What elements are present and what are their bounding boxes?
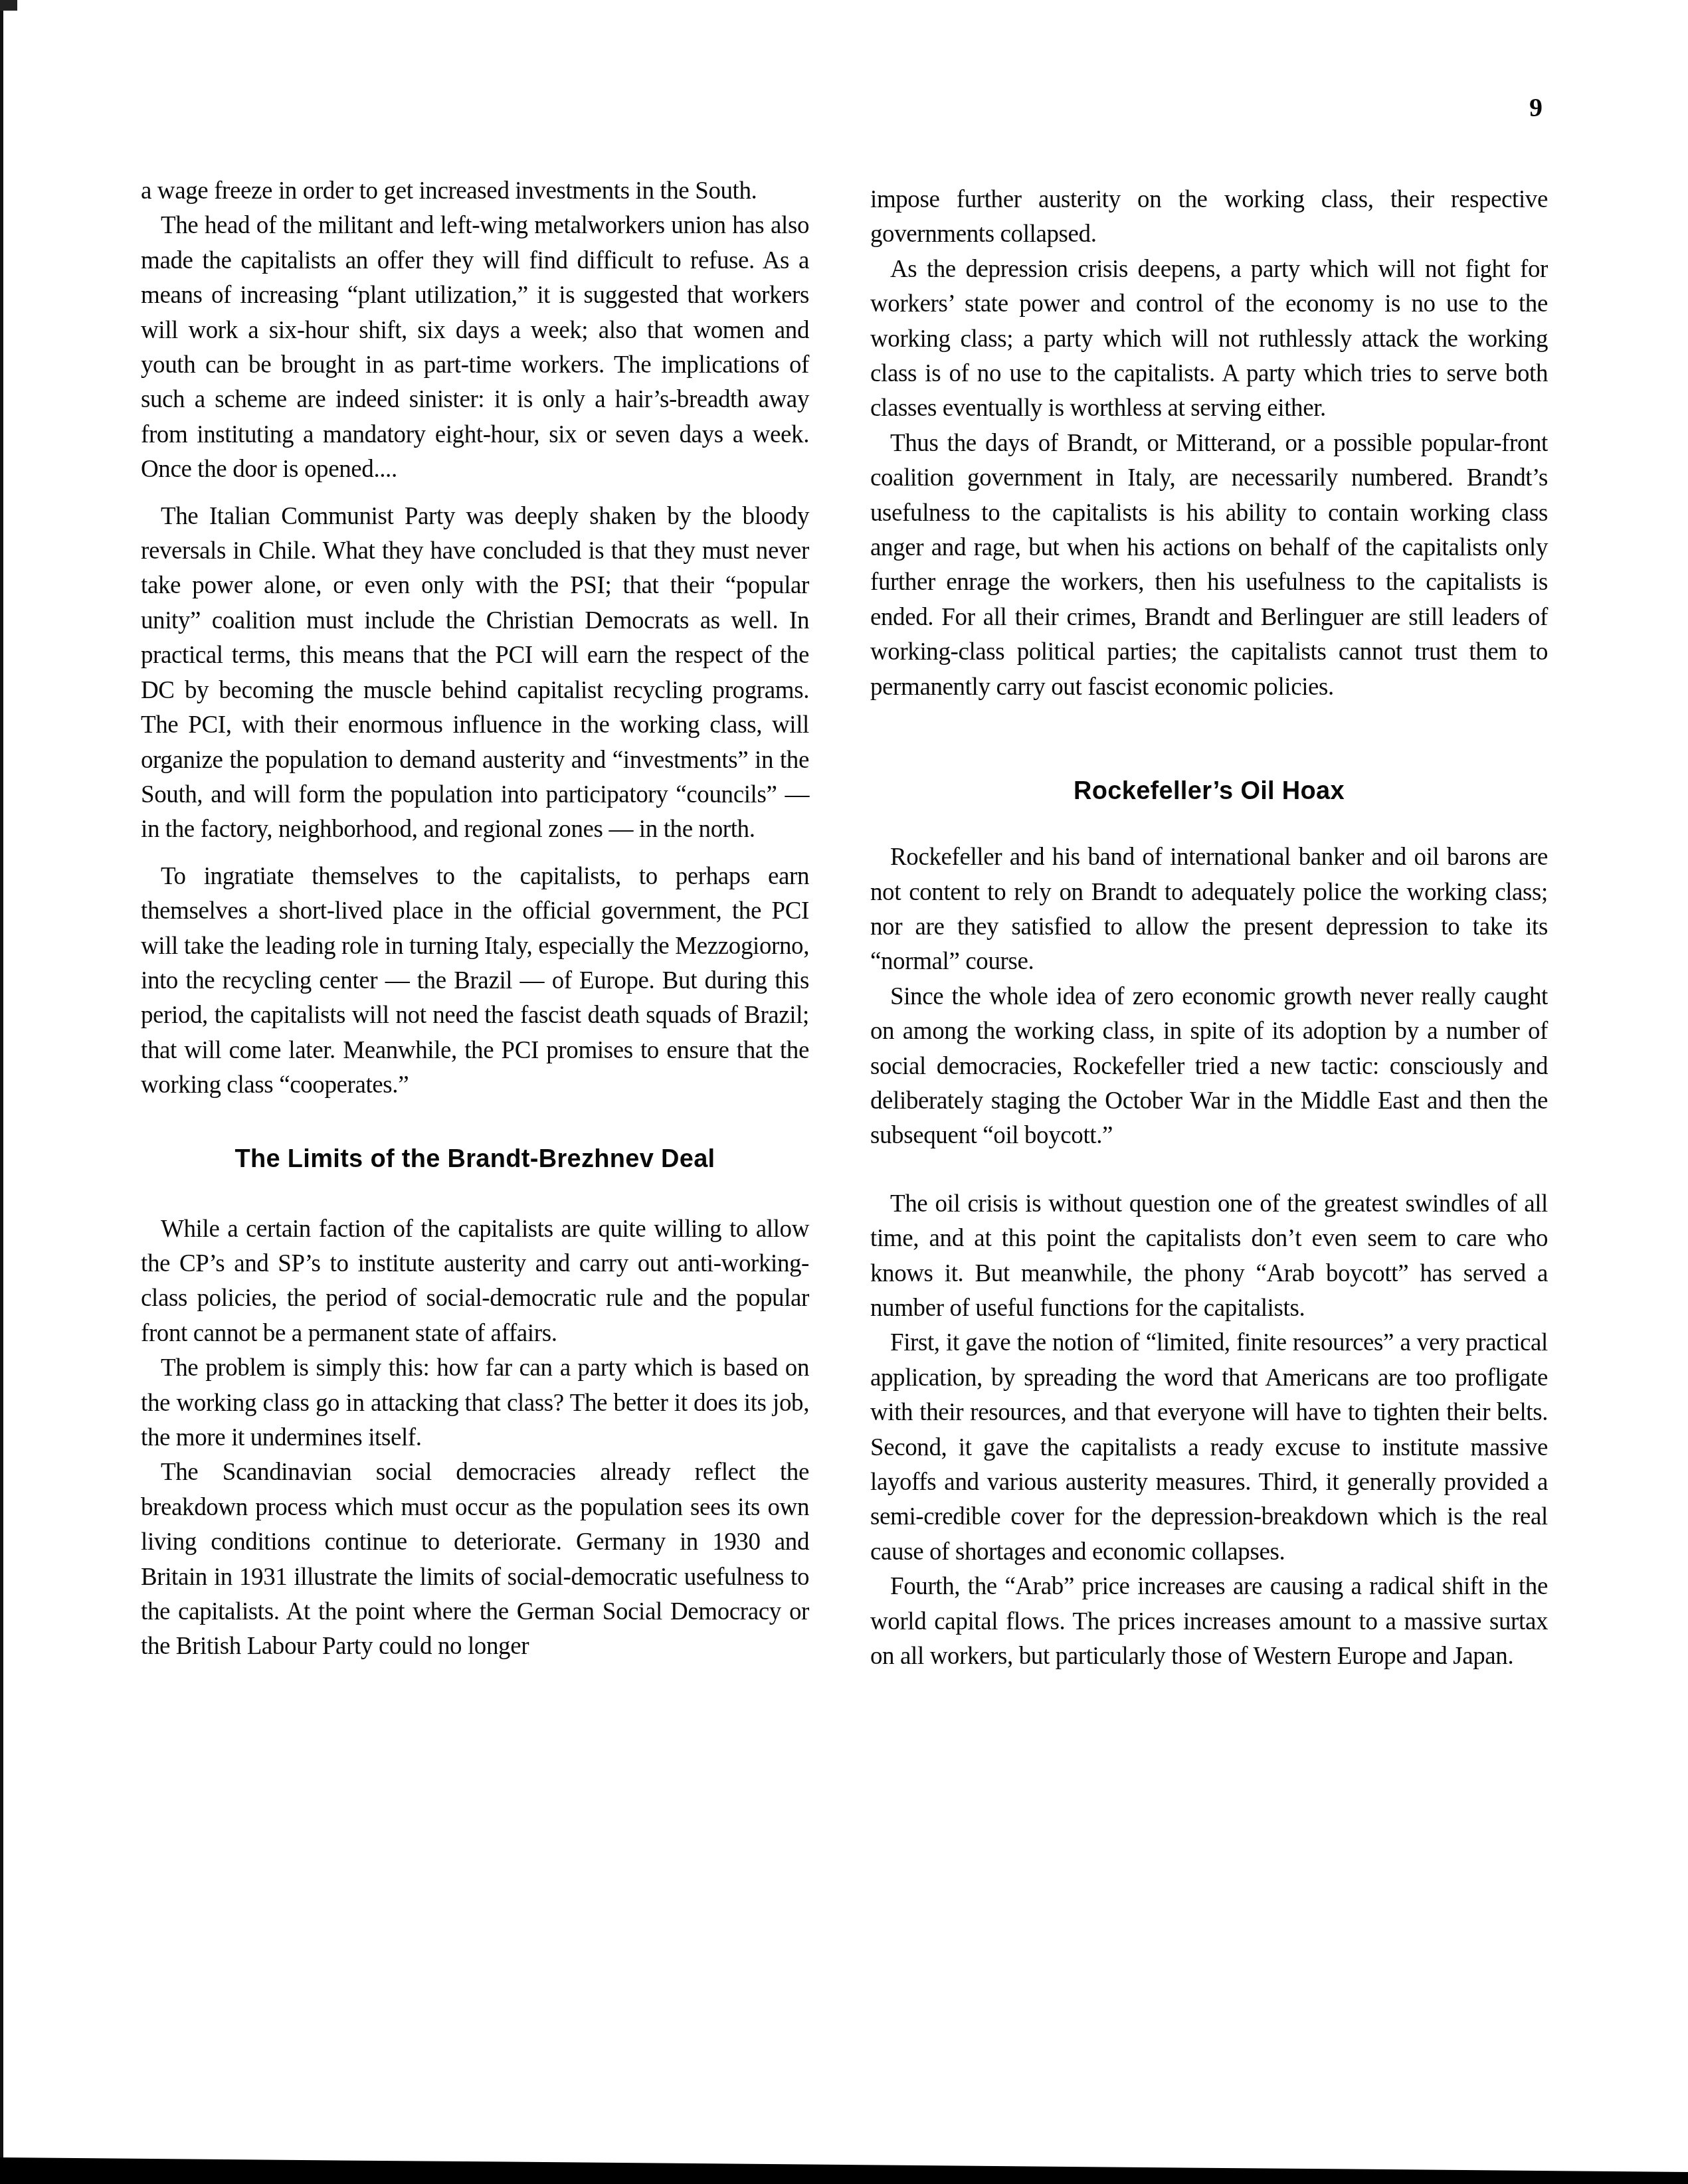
paragraph: The head of the militant and left-wing m… [141, 209, 809, 487]
paragraph: impose further austerity on the working … [870, 183, 1548, 252]
paragraph: To ingratiate themselves to the capitali… [141, 860, 809, 1103]
left-column: a wage freeze in order to get increased … [141, 174, 809, 1665]
paragraph: Fourth, the “Arab” price increases are c… [870, 1570, 1548, 1674]
right-column: impose further austerity on the working … [870, 183, 1548, 1674]
scan-corner-mark [0, 0, 17, 11]
paragraph: As the depression crisis deepens, a part… [870, 252, 1548, 426]
paragraph: First, it gave the notion of “limited, f… [870, 1326, 1548, 1570]
paragraph: Since the whole idea of zero economic gr… [870, 980, 1548, 1154]
paragraph: Rockefeller and his band of internationa… [870, 840, 1548, 980]
paragraph: Thus the days of Brandt, or Mitterand, o… [870, 426, 1548, 705]
scan-edge-left [0, 0, 3, 2165]
paragraph: The Italian Communist Party was deeply s… [141, 500, 809, 848]
page-number: 9 [1529, 93, 1543, 122]
paragraph: The problem is simply this: how far can … [141, 1351, 809, 1455]
paragraph: The Scandinavian social democracies alre… [141, 1455, 809, 1664]
paragraph: The oil crisis is without question one o… [870, 1187, 1548, 1326]
section-heading-rockefeller-oil-hoax: Rockefeller’s Oil Hoax [870, 776, 1548, 806]
paragraph: While a certain faction of the capitalis… [141, 1212, 809, 1352]
paragraph: a wage freeze in order to get increased … [141, 174, 809, 209]
scan-edge-bottom [0, 2157, 1688, 2184]
section-heading-brandt-brezhnev: The Limits of the Brandt-Brezhnev Deal [141, 1144, 809, 1174]
